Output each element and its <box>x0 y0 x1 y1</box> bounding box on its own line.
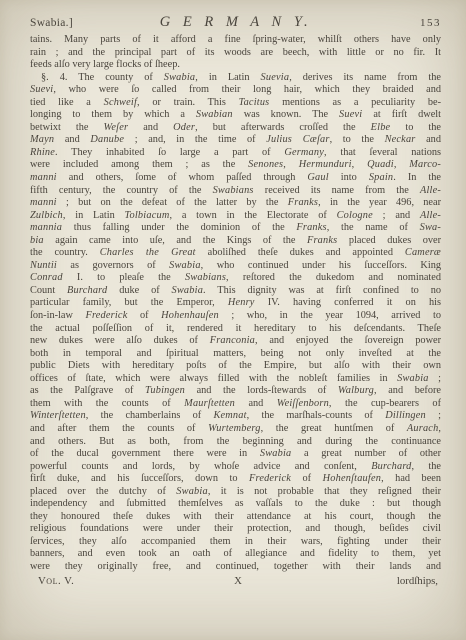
text-line: them with the counts of Maurſtetten and … <box>30 398 441 411</box>
italic-text: Burchard <box>67 285 107 296</box>
running-head-title: G E R M A N Y. <box>122 14 349 31</box>
italic-text: Swabia <box>397 373 429 384</box>
text-line: powerful counts and lords, by whoſe advi… <box>30 461 441 474</box>
italic-text: Elbe <box>371 122 391 133</box>
italic-text: Swabian <box>196 109 233 120</box>
italic-text: Danube <box>90 134 124 145</box>
italic-text: Hohenhauſen <box>161 310 219 321</box>
italic-text: Spain <box>369 172 393 183</box>
italic-text: Swabia <box>260 448 292 459</box>
text-line: both in temporal and ſpiritual matters, … <box>30 348 441 361</box>
italic-text: Swabia <box>164 72 196 83</box>
italic-text: Cameræ <box>405 247 441 258</box>
italic-text: Rhine <box>30 147 55 158</box>
italic-text: Kemnat <box>213 410 246 421</box>
italic-text: Marco- <box>409 159 441 170</box>
text-line: mannia thus falling under the dominion o… <box>30 222 441 235</box>
italic-text: Swabia <box>172 285 204 296</box>
text-line: public Diets with hereditary poſts of th… <box>30 360 441 373</box>
italic-text: Hohenſtaufen <box>323 473 381 484</box>
catchword: lordſhips, <box>328 575 441 587</box>
running-head-section: Swabia.] <box>30 17 122 29</box>
text-line: Mayn and Danube ; and, in the time of Ju… <box>30 134 441 147</box>
body-text: tains. Many parts of it afford a fine ſp… <box>30 34 441 574</box>
italic-text: Henry <box>228 297 255 308</box>
italic-text: Hermunduri <box>299 159 352 170</box>
italic-text: Gaul <box>307 172 328 183</box>
signature-mark: X <box>148 575 328 587</box>
italic-text: Tolbiacum <box>125 210 170 221</box>
text-line: §. 4. The county of Swabia, in Latin Sue… <box>30 72 441 85</box>
italic-text: Franks <box>288 197 318 208</box>
text-line: fifth century, the country of the Swabia… <box>30 185 441 198</box>
italic-text: Franks <box>307 235 337 246</box>
page-number: 153 <box>349 17 441 29</box>
text-line: firſt duke, and his ſucceſſors, down to … <box>30 473 441 486</box>
italic-text: Suevi <box>30 84 53 95</box>
italic-text: Suevia <box>261 72 290 83</box>
text-line: religious foundations were under their p… <box>30 523 441 536</box>
text-line: Conrad I. to pleaſe the Swabians, reſtor… <box>30 272 441 285</box>
text-line: manni ; but on the defeat of the latter … <box>30 197 441 210</box>
text-line: ſervices, they alſo accompanied them in … <box>30 536 441 549</box>
text-line: banners, and even took an oath of allegi… <box>30 548 441 561</box>
italic-text: Maurſtetten <box>184 398 235 409</box>
italic-text: Mayn <box>30 134 54 145</box>
italic-text: Weſer <box>104 122 129 133</box>
text-line: independency and ſubmitted themſelves as… <box>30 498 441 511</box>
text-line: the actual poſſeſſion of it, rendered it… <box>30 323 441 336</box>
text-line: tied like a Schweif, or train. This Taci… <box>30 97 441 110</box>
page-content: Swabia.] G E R M A N Y. 153 tains. Many … <box>30 14 441 587</box>
text-line: they honoured theſe dukes with their att… <box>30 511 441 524</box>
italic-text: Oder <box>173 122 195 133</box>
italic-text: Schweif <box>104 97 137 108</box>
text-line: manni and others, ſome of whom paſſed th… <box>30 172 441 185</box>
italic-text: Walburg <box>338 385 374 396</box>
italic-text: Winterſtetten <box>30 410 86 421</box>
italic-text: Swabia <box>169 260 201 271</box>
italic-text: Charles the Great <box>100 247 196 258</box>
italic-text: Alle- <box>420 210 441 221</box>
text-line: Suevi, who were ſo called from their lon… <box>30 84 441 97</box>
text-line: bia again came into uſe, and the Kings o… <box>30 235 441 248</box>
text-line: betwixt the Weſer and Oder, but afterwar… <box>30 122 441 135</box>
text-line: new dukes were alſo dukes of Franconia, … <box>30 335 441 348</box>
italic-text: Swabians <box>185 272 226 283</box>
italic-text: Swa- <box>420 222 441 233</box>
italic-text: mannia <box>30 222 62 233</box>
text-line: ſon-in-law Frederick of Hohenhauſen ; wh… <box>30 310 441 323</box>
text-line: of the ducal government there were in Sw… <box>30 448 441 461</box>
italic-text: Alle- <box>420 185 441 196</box>
italic-text: Swabians <box>213 185 254 196</box>
text-line: placed over the dutchy of Swabia, it is … <box>30 486 441 499</box>
italic-text: Tubingen <box>145 385 185 396</box>
italic-text: Swabia <box>176 486 208 497</box>
italic-text: Julius Cæſar <box>266 134 329 145</box>
text-line: Winterſtetten, the chamberlains of Kemna… <box>30 410 441 423</box>
italic-text: Conrad <box>30 272 63 283</box>
page-footer: Vol. V. X lordſhips, <box>30 575 441 587</box>
text-line: Nuntii as governors of Swabia, who conti… <box>30 260 441 273</box>
italic-text: Senones <box>248 159 283 170</box>
text-line: the country. Charles the Great aboliſhed… <box>30 247 441 260</box>
italic-text: Suevi <box>339 109 362 120</box>
italic-text: Germany <box>284 147 324 158</box>
italic-text: Zulbich <box>30 210 63 221</box>
italic-text: Aurach <box>407 423 439 434</box>
italic-text: Wurtemberg <box>208 423 261 434</box>
text-line: particular family, but the Emperor, Henr… <box>30 297 441 310</box>
text-line: rain ; and the principal part of its woo… <box>30 47 441 60</box>
text-line: Zulbich, in Latin Tolbiacum, a town in t… <box>30 210 441 223</box>
italic-text: Frederick <box>249 473 291 484</box>
italic-text: Burchard <box>371 461 411 472</box>
text-line: tains. Many parts of it afford a fine ſp… <box>30 34 441 47</box>
italic-text: manni <box>30 197 57 208</box>
text-line: were included among them ; as the Senone… <box>30 159 441 172</box>
italic-text: bia <box>30 235 44 246</box>
text-line: and others. But as both, from the beginn… <box>30 436 441 449</box>
text-line: feeds alſo very large flocks of ſheep. <box>30 59 441 72</box>
text-line: were they originally free, and continued… <box>30 561 441 574</box>
italic-text: Frederick <box>85 310 127 321</box>
text-line: Rhine. They inhabited ſo large a part of… <box>30 147 441 160</box>
italic-text: Franconia <box>210 335 255 346</box>
text-line: longing to them by which a Swabian was k… <box>30 109 441 122</box>
italic-text: Nuntii <box>30 260 57 271</box>
italic-text: Tacitus <box>239 97 270 108</box>
volume-label: Vol. V. <box>30 575 148 587</box>
text-line: Count Burchard duke of Swabia. This dign… <box>30 285 441 298</box>
italic-text: Dillingen <box>385 410 426 421</box>
text-line: offices of ſtate, which were always fill… <box>30 373 441 386</box>
text-line: as the Palſgrave of Tubingen and the lor… <box>30 385 441 398</box>
page-header: Swabia.] G E R M A N Y. 153 <box>30 14 441 32</box>
book-page: Swabia.] G E R M A N Y. 153 tains. Many … <box>0 0 466 640</box>
italic-text: Neckar <box>385 134 416 145</box>
italic-text: Cologne <box>337 210 373 221</box>
italic-text: Weiſſenborn <box>277 398 329 409</box>
italic-text: manni <box>30 172 57 183</box>
text-line: and after them the counts of Wurtemberg,… <box>30 423 441 436</box>
italic-text: Franks <box>296 222 326 233</box>
italic-text: Quadi <box>367 159 394 170</box>
